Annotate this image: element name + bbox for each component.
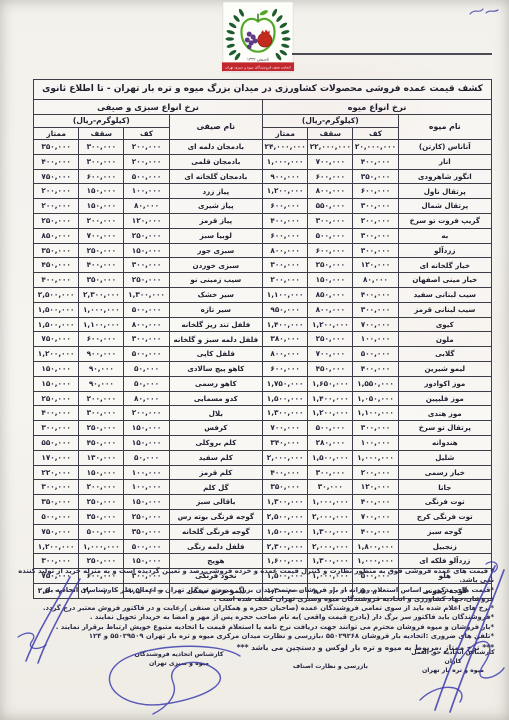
vegetable-premium-price: ۲,۵۰۰,۰۰۰: [34, 287, 79, 302]
price-row: خیار رسمی۲۰۰,۰۰۰۳۰۰,۰۰۰۴۰۰,۰۰۰کلم قرمز۱۰…: [34, 465, 492, 480]
fruit-premium-price: ۱,۰۰۰,۰۰۰: [263, 154, 308, 169]
vegetable-name: کاهو رسمی: [169, 376, 262, 391]
fruit-name: انار: [398, 154, 491, 169]
vegetable-name-column-header: نام صیفی: [169, 115, 262, 140]
vegetable-premium-price: ۷۵۰,۰۰۰: [34, 169, 79, 184]
vegetable-premium-price: ۱۷۰,۰۰۰: [34, 450, 79, 465]
vegetable-premium-price: ۲۰۰,۰۰۰: [34, 199, 79, 214]
vegetable-floor-price: ۵۰,۰۰۰: [124, 450, 169, 465]
vegetable-floor-price: ۱۰۰,۰۰۰: [124, 184, 169, 199]
vegetable-name: بادمجان گلخانه ای: [169, 169, 262, 184]
fruit-name: انگور شاهرودی: [398, 169, 491, 184]
vegetable-ceiling-price: ۳۰۰,۰۰۰: [79, 154, 124, 169]
fruit-floor-price: ۱,۰۵۰,۰۰۰: [353, 391, 398, 406]
vegetable-name: سیر تازه: [169, 302, 262, 317]
fruit-premium-price: ۱,۲۰۰,۰۰۰: [263, 184, 308, 199]
vegetable-ceiling-price: ۷۰۰,۰۰۰: [79, 228, 124, 243]
vegetable-premium-price: ۱۵۰,۰۰۰: [34, 376, 79, 391]
fruit-ceiling-price: ۱۵۰,۰۰۰: [308, 273, 353, 288]
fruit-ceiling-price: ۶۰۰,۰۰۰: [308, 243, 353, 258]
fruit-premium-price: ۴۰۰,۰۰۰: [263, 213, 308, 228]
vegetable-premium-price: ۱,۲۰۰,۰۰۰: [34, 347, 79, 362]
fruit-ceiling-price: ۷۰۰,۰۰۰: [308, 347, 353, 362]
price-row: انار۴۰۰,۰۰۰۷۰۰,۰۰۰۱,۰۰۰,۰۰۰بادمجان قلمی۲…: [34, 154, 492, 169]
fruit-premium-price: ۱,۷۵۰,۰۰۰: [263, 376, 308, 391]
fruit-premium-price: ۲,۵۰۰,۰۰۰: [263, 509, 308, 524]
fruit-premium-price: ۳۴۰,۰۰۰: [263, 435, 308, 450]
union-logo: تاسیس ۱۳۳۲ اتحادیه صنف فروشندگان میوه و …: [221, 2, 295, 78]
price-row: موز هندی۱,۱۰۰,۰۰۰۱,۲۰۰,۰۰۰۱,۳۰۰,۰۰۰بلال۲…: [34, 406, 492, 421]
vegetable-section-header: نرخ انواع سبزی و صیفی: [34, 100, 263, 115]
fruit-ceiling-price: ۳۰۰,۰۰۰: [308, 465, 353, 480]
fruit-ceiling-price: ۵۰۰,۰۰۰: [308, 421, 353, 436]
vegetable-premium-price: ۴۰۰,۰۰۰: [34, 406, 79, 421]
vegetable-ceiling-price: ۱,۰۰۰,۰۰۰: [79, 539, 124, 554]
vegetable-ceiling-price: ۵۰۰,۰۰۰: [79, 524, 124, 539]
price-row: موز اکوادور۱,۵۵۰,۰۰۰۱,۶۵۰,۰۰۰۱,۷۵۰,۰۰۰کا…: [34, 376, 492, 391]
fruit-premium-price: ۷۰۰,۰۰۰: [263, 421, 308, 436]
fruit-ceiling-price: ۳۰,۰۰۰: [308, 480, 353, 495]
price-row: گلابی۵۰۰,۰۰۰۷۰۰,۰۰۰۸۰۰,۰۰۰فلفل کاپی۵۰۰,۰…: [34, 347, 492, 362]
fruit-floor-price: ۱,۵۵۰,۰۰۰: [353, 376, 398, 391]
vegetable-name: پیاز قرمز: [169, 213, 262, 228]
vegetable-premium-price: ۳۵۰,۰۰۰: [34, 243, 79, 258]
price-row: توت فرنگی۴۰۰,۰۰۰۱,۰۰۰,۰۰۰۱,۳۰۰,۰۰۰باقالی…: [34, 495, 492, 510]
vegetable-ceiling-price: ۹۰,۰۰۰: [79, 361, 124, 376]
vegetable-floor-price: ۱۲۰,۰۰۰: [124, 213, 169, 228]
price-row: موز فلیپین۱,۰۵۰,۰۰۰۱,۴۰۰,۰۰۰۱,۵۰۰,۰۰۰کدو…: [34, 391, 492, 406]
fruit-name: زردآلو: [398, 243, 491, 258]
vegetable-ceiling-price: ۱,۰۰۰,۰۰۰: [79, 302, 124, 317]
fruit-unit-header: (کیلوگرم-ریال): [263, 115, 399, 128]
fruit-name: خیار رسمی: [398, 465, 491, 480]
fruit-premium-header: ممتاز: [263, 128, 308, 140]
header-rule: [292, 53, 492, 55]
fruit-premium-price: ۱,۳۰۰,۰۰۰: [263, 406, 308, 421]
vegetable-floor-price: ۱۰۰,۰۰۰: [124, 465, 169, 480]
fruit-ceiling-price: ۱,۴۰۰,۰۰۰: [308, 391, 353, 406]
vegetable-name: گل کلم: [169, 480, 262, 495]
fruit-name: سیب لبنانی سفید: [398, 287, 491, 302]
vegetable-ceiling-price: ۲۵۰,۰۰۰: [79, 421, 124, 436]
price-row: به۳۰۰,۰۰۰۵۰۰,۰۰۰۶۰۰,۰۰۰لوبیا سبز۲۵۰,۰۰۰۷…: [34, 228, 492, 243]
vegetable-ceiling-price: ۹۰,۰۰۰: [79, 376, 124, 391]
vegetable-ceiling-price: ۴۰۰,۰۰۰: [79, 258, 124, 273]
fruit-premium-price: ۳۵۰,۰۰۰: [263, 480, 308, 495]
vegetable-ceiling-price: ۹۰۰,۰۰۰: [79, 347, 124, 362]
fruit-name: موز اکوادور: [398, 376, 491, 391]
fruit-ceiling-price: ۱,۰۰۰,۰۰۰: [308, 495, 353, 510]
fruit-floor-price: ۸۰,۰۰۰: [353, 273, 398, 288]
fruit-ceiling-price: ۷۰۰,۰۰۰: [308, 154, 353, 169]
vegetable-premium-price: ۳۰۰,۰۰۰: [34, 421, 79, 436]
fruit-premium-price: ۳۸۰,۰۰۰: [263, 332, 308, 347]
vegetable-floor-price: ۵۰,۰۰۰: [124, 376, 169, 391]
signature-center-line1: بازرسی و نظارت اصناف: [283, 662, 378, 671]
fruit-name: به: [398, 228, 491, 243]
table-header: کشف قیمت عمده فروشی محصولات کشاورزی در م…: [34, 80, 492, 140]
price-row: آناناس (کارتن)۲۰,۰۰۰,۰۰۰۲۲,۰۰۰,۰۰۰۲۴,۰۰۰…: [34, 140, 492, 155]
vegetable-premium-price: ۴۵۰,۰۰۰: [34, 258, 79, 273]
fruit-floor-price: ۱,۱۰۰,۰۰۰: [353, 406, 398, 421]
vegetable-premium-price: ۲۵۰,۰۰۰: [34, 391, 79, 406]
vegetable-premium-price: ۳۵۰,۰۰۰: [34, 495, 79, 510]
fruit-floor-price: ۴۰۰,۰۰۰: [353, 495, 398, 510]
fruit-floor-price: ۵۰۰,۰۰۰: [353, 347, 398, 362]
fruit-name: گلابی: [398, 347, 491, 362]
vegetable-ceiling-price: ۴۵۰,۰۰۰: [79, 435, 124, 450]
vegetable-ceiling-price: ۶۰۰,۰۰۰: [79, 332, 124, 347]
vegetable-floor-price: ۸۰۰,۰۰۰: [124, 317, 169, 332]
price-row: پرتقال تو سرخ۳۰۰,۰۰۰۵۰۰,۰۰۰۷۰۰,۰۰۰کرفس۱۵…: [34, 421, 492, 436]
fruit-name: توت فرنگی کرج: [398, 509, 491, 524]
vegetable-name: کاهو پیچ سالادی: [169, 361, 262, 376]
vegetable-premium-price: ۳۰۰,۰۰۰: [34, 480, 79, 495]
price-row: گریپ فروت تو سرخ۲۰۰,۰۰۰۳۰۰,۰۰۰۴۰۰,۰۰۰پیا…: [34, 213, 492, 228]
vegetable-floor-price: ۲۵۰,۰۰۰: [124, 228, 169, 243]
fruit-ceiling-price: ۱,۳۰۰,۰۰۰: [308, 524, 353, 539]
vegetable-ceiling-price: ۱۵۰,۰۰۰: [79, 465, 124, 480]
vegetable-ceiling-price: ۲,۳۰۰,۰۰۰: [79, 287, 124, 302]
fruit-floor-price: ۳۰۰,۰۰۰: [353, 302, 398, 317]
vegetable-premium-price: ۵۵۰,۰۰۰: [34, 435, 79, 450]
fruit-ceiling-price: ۳۰۰,۰۰۰: [308, 213, 353, 228]
vegetable-premium-price: ۱۵۰,۰۰۰: [34, 361, 79, 376]
fruit-ceiling-price: ۲,۰۰۰,۰۰۰: [308, 539, 353, 554]
fruit-ceiling-price: ۱,۲۰۰,۰۰۰: [308, 317, 353, 332]
vegetable-name: فلفل کاپی: [169, 347, 262, 362]
fruit-floor-price: ۲۰۰,۰۰۰: [353, 213, 398, 228]
union-emblem-graphic: تاسیس ۱۳۳۲ اتحادیه صنف فروشندگان میوه و …: [221, 2, 295, 78]
vegetable-name: بادمجان دلمه ای: [169, 140, 262, 155]
fruit-name: لیمو شیرین: [398, 361, 491, 376]
scanned-price-list-page: تاسیس ۱۳۳۲ اتحادیه صنف فروشندگان میوه و …: [0, 0, 509, 720]
fruit-premium-price: ۲۰۰,۰۰۰: [263, 273, 308, 288]
vegetable-ceiling-price: ۳۰۰,۰۰۰: [79, 140, 124, 155]
vegetable-name: فلفل دلمه رنگی: [169, 539, 262, 554]
fruit-ceiling-header: سقف: [308, 128, 353, 140]
price-row: پرتقال ناول۶۰۰,۰۰۰۸۰۰,۰۰۰۱,۲۰۰,۰۰۰پیاز ز…: [34, 184, 492, 199]
vegetable-premium-price: ۷۵۰,۰۰۰: [34, 332, 79, 347]
vegetable-ceiling-price: ۶۰۰,۰۰۰: [79, 169, 124, 184]
vegetable-name: بادمجان قلمی: [169, 154, 262, 169]
fruit-ceiling-price: ۶۰۰,۰۰۰: [308, 169, 353, 184]
vegetable-floor-price: ۲۵۰,۰۰۰: [124, 509, 169, 524]
fruit-name: ملون: [398, 332, 491, 347]
price-row: ملون۱۰۰,۰۰۰۲۵۰,۰۰۰۳۸۰,۰۰۰فلفل دلمه سبز و…: [34, 332, 492, 347]
fruit-ceiling-price: ۸۵۰,۰۰۰: [308, 287, 353, 302]
vegetable-floor-price: ۸۰,۰۰۰: [124, 391, 169, 406]
fruit-premium-price: ۹۵۰,۰۰۰: [263, 302, 308, 317]
fruit-floor-price: ۳۰۰,۰۰۰: [353, 199, 398, 214]
fruit-premium-price: ۸۰۰,۰۰۰: [263, 347, 308, 362]
fruit-floor-price: ۴۰۰,۰۰۰: [353, 154, 398, 169]
fruit-premium-price: ۲,۳۰۰,۰۰۰: [263, 539, 308, 554]
fruit-floor-price: ۲۰,۰۰۰,۰۰۰: [353, 140, 398, 155]
fruit-ceiling-price: ۲۸۰,۰۰۰: [308, 435, 353, 450]
vegetable-premium-price: ۴۰۰,۰۰۰: [34, 273, 79, 288]
price-row: پرتقال شمال۳۰۰,۰۰۰۵۵۰,۰۰۰۶۰۰,۰۰۰پیاز شیر…: [34, 199, 492, 214]
vegetable-floor-price: ۱۵۰,۰۰۰: [124, 243, 169, 258]
fruit-floor-price: ۳۰۰,۰۰۰: [353, 421, 398, 436]
logo-background: [223, 2, 293, 72]
price-row: توت فرنگی کرج۷۰۰,۰۰۰۲,۰۰۰,۰۰۰۲,۵۰۰,۰۰۰گو…: [34, 509, 492, 524]
fruit-premium-price: ۶۰۰,۰۰۰: [263, 361, 308, 376]
vegetable-ceiling-price: ۲۵۰,۰۰۰: [79, 243, 124, 258]
vegetable-premium-price: ۲۲۰,۰۰۰: [34, 465, 79, 480]
vegetable-ceiling-price: ۲۰۰,۰۰۰: [79, 213, 124, 228]
price-row: زردآلو۳۰۰,۰۰۰۶۰۰,۰۰۰۸۰۰,۰۰۰سبزی جور۱۵۰,۰…: [34, 243, 492, 258]
fruit-ceiling-price: ۲۵۰,۰۰۰: [308, 258, 353, 273]
vegetable-floor-price: ۵۰,۰۰۰: [124, 361, 169, 376]
fruit-floor-price: ۷۰۰,۰۰۰: [353, 509, 398, 524]
fruit-premium-price: ۱,۳۰۰,۰۰۰: [263, 495, 308, 510]
table-body: آناناس (کارتن)۲۰,۰۰۰,۰۰۰۲۲,۰۰۰,۰۰۰۲۴,۰۰۰…: [34, 140, 492, 599]
vegetable-ceiling-price: ۲۰۰,۰۰۰: [79, 480, 124, 495]
vegetable-name: فلفل دلمه سبز و گلخانه: [169, 332, 262, 347]
logo-banner: اتحادیه صنف فروشندگان میوه و سبزی تهران: [222, 62, 294, 71]
vegetable-name: کدو مسمایی: [169, 391, 262, 406]
vegetable-premium-price: ۱,۲۰۰,۰۰۰: [34, 539, 79, 554]
fruit-name: خیار مینی اصفهان: [398, 273, 491, 288]
fruit-ceiling-price: ۲,۰۰۰,۰۰۰: [308, 509, 353, 524]
vegetable-ceiling-price: ۲۵۰,۰۰۰: [79, 495, 124, 510]
fruit-ceiling-price: ۱,۲۰۰,۰۰۰: [308, 406, 353, 421]
vegetable-ceiling-price: ۱۵۰,۰۰۰: [79, 184, 124, 199]
price-row: انگور شاهرودی۳۵۰,۰۰۰۶۰۰,۰۰۰۹۰۰,۰۰۰بادمجا…: [34, 169, 492, 184]
vegetable-name: سیب زمینی نو: [169, 273, 262, 288]
vegetable-name: کلم قرمز: [169, 465, 262, 480]
vegetable-premium-price: ۳۵۰,۰۰۰: [34, 140, 79, 155]
vegetable-premium-price: ۱,۵۰۰,۰۰۰: [34, 302, 79, 317]
fruit-name: پرتقال شمال: [398, 199, 491, 214]
vegetable-ceiling-price: ۳۰۰,۰۰۰: [79, 406, 124, 421]
fruit-premium-price: ۸۰۰,۰۰۰: [263, 243, 308, 258]
fruit-premium-price: ۹۰۰,۰۰۰: [263, 169, 308, 184]
fruit-name: گوجه سبز: [398, 524, 491, 539]
price-row: خیار مینی اصفهان۸۰,۰۰۰۱۵۰,۰۰۰۲۰۰,۰۰۰سیب …: [34, 273, 492, 288]
vegetable-name: پیاز شیری: [169, 199, 262, 214]
vegetable-ceiling-price: ۳۵۰,۰۰۰: [79, 509, 124, 524]
vegetable-ceiling-price: ۱۳۰,۰۰۰: [79, 450, 124, 465]
fruit-floor-price: ۴۰۰,۰۰۰: [353, 361, 398, 376]
document-title: کشف قیمت عمده فروشی محصولات کشاورزی در م…: [34, 80, 492, 100]
fruit-name: آناناس (کارتن): [398, 140, 491, 155]
fruit-ceiling-price: ۱,۵۰۰,۰۰۰: [308, 450, 353, 465]
fruit-name: پرتقال ناول: [398, 184, 491, 199]
fruit-name: موز هندی: [398, 406, 491, 421]
vegetable-premium-price: ۲۰۰,۰۰۰: [34, 184, 79, 199]
fruit-ceiling-price: ۸۰۰,۰۰۰: [308, 184, 353, 199]
fruit-name: جانا: [398, 480, 491, 495]
fruit-ceiling-price: ۴۵۰,۰۰۰: [308, 361, 353, 376]
vegetable-floor-header: کف: [124, 128, 169, 140]
red-ink-mark: [468, 4, 500, 18]
price-row: جانا۱۲۰,۰۰۰۳۰,۰۰۰۳۵۰,۰۰۰گل کلم۱۰۰,۰۰۰۲۰۰…: [34, 480, 492, 495]
fruit-ceiling-price: ۲۲,۰۰۰,۰۰۰: [308, 140, 353, 155]
fruit-ceiling-price: ۱,۶۵۰,۰۰۰: [308, 376, 353, 391]
fruit-premium-price: ۱,۱۰۰,۰۰۰: [263, 287, 308, 302]
vegetable-ceiling-header: سقف: [79, 128, 124, 140]
fruit-premium-price: ۱,۴۰۰,۰۰۰: [263, 317, 308, 332]
fruit-premium-price: ۲۴,۰۰۰,۰۰۰: [263, 140, 308, 155]
fruit-floor-price: ۶۰۰,۰۰۰: [353, 184, 398, 199]
fruit-name: توت فرنگی: [398, 495, 491, 510]
signature-scribble-right: [400, 560, 509, 718]
vegetable-premium-header: ممتاز: [34, 128, 79, 140]
price-table: کشف قیمت عمده فروشی محصولات کشاورزی در م…: [33, 79, 492, 599]
fruit-section-header: نرخ انواع میوه: [263, 100, 492, 115]
fruit-ceiling-price: ۲۵۰,۰۰۰: [308, 332, 353, 347]
signature-label-center: بازرسی و نظارت اصناف: [283, 662, 378, 671]
fruit-premium-price: ۲,۰۰۰,۰۰۰: [263, 450, 308, 465]
vegetable-ceiling-price: ۱۵۰,۰۰۰: [79, 199, 124, 214]
fruit-premium-price: ۶۰۰,۰۰۰: [263, 199, 308, 214]
vegetable-floor-price: ۳۰۰,۰۰۰: [124, 258, 169, 273]
fruit-name: هندوانه: [398, 435, 491, 450]
fruit-name: سیب لبنانی قرمز: [398, 302, 491, 317]
vegetable-name: گوجه فرنگی بوته رس: [169, 509, 262, 524]
fruit-name: موز فلیپین: [398, 391, 491, 406]
vegetable-name: باقالی سبز: [169, 495, 262, 510]
price-row: زنجبیل۱,۸۰۰,۰۰۰۲,۰۰۰,۰۰۰۲,۳۰۰,۰۰۰فلفل دل…: [34, 539, 492, 554]
vegetable-floor-price: ۱۰۰,۰۰۰: [124, 480, 169, 495]
vegetable-floor-price: ۲۰۰,۰۰۰: [124, 154, 169, 169]
fruit-ceiling-price: ۵۵۰,۰۰۰: [308, 199, 353, 214]
fruit-premium-price: ۳۰۰,۰۰۰: [263, 258, 308, 273]
fruit-ceiling-price: ۸۰۰,۰۰۰: [308, 302, 353, 317]
fruit-floor-price: ۲۰۰,۰۰۰: [353, 465, 398, 480]
vegetable-floor-price: ۲۰۰,۰۰۰: [124, 406, 169, 421]
fruit-floor-price: ۱۲۰,۰۰۰: [353, 258, 398, 273]
vegetable-floor-price: ۱۵۰,۰۰۰: [124, 495, 169, 510]
vegetable-floor-price: ۲۵۰,۰۰۰: [124, 273, 169, 288]
fruit-name: پرتقال تو سرخ: [398, 421, 491, 436]
fruit-floor-price: ۳۰۰,۰۰۰: [353, 228, 398, 243]
price-row: کیوی۷۰۰,۰۰۰۱,۲۰۰,۰۰۰۱,۴۰۰,۰۰۰فلفل تند ری…: [34, 317, 492, 332]
vegetable-floor-price: ۲۰۰,۰۰۰: [124, 140, 169, 155]
fruit-name: خیار گلخانه ای: [398, 258, 491, 273]
price-row: شلیل۱,۰۰۰,۰۰۰۱,۵۰۰,۰۰۰۲,۰۰۰,۰۰۰کلم سفید۵…: [34, 450, 492, 465]
logo-banner-text: اتحادیه صنف فروشندگان میوه و سبزی تهران: [225, 64, 290, 69]
vegetable-floor-price: ۱۵۰,۰۰۰: [124, 435, 169, 450]
vegetable-unit-header: (کیلوگرم-ریال): [34, 115, 170, 128]
vegetable-premium-price: ۱,۵۰۰,۰۰۰: [34, 317, 79, 332]
vegetable-name: کلم بروکلی: [169, 435, 262, 450]
price-row: خیار گلخانه ای۱۲۰,۰۰۰۲۵۰,۰۰۰۳۰۰,۰۰۰سبزی …: [34, 258, 492, 273]
vegetable-name: کلم سفید: [169, 450, 262, 465]
vegetable-floor-price: ۵۰۰,۰۰۰: [124, 169, 169, 184]
price-row: سیب لبنانی قرمز۳۰۰,۰۰۰۸۰۰,۰۰۰۹۵۰,۰۰۰سیر …: [34, 302, 492, 317]
fruit-name: گریپ فروت تو سرخ: [398, 213, 491, 228]
fruit-name: شلیل: [398, 450, 491, 465]
fruit-floor-price: ۷۰۰,۰۰۰: [353, 317, 398, 332]
fruit-floor-price: ۱۰۰,۰۰۰: [353, 435, 398, 450]
vegetable-name: سبزی خوردن: [169, 258, 262, 273]
vegetable-premium-price: ۵۰۰,۰۰۰: [34, 509, 79, 524]
vegetable-floor-price: ۵۰۰,۰۰۰: [124, 539, 169, 554]
price-row: لیمو شیرین۴۰۰,۰۰۰۴۵۰,۰۰۰۶۰۰,۰۰۰کاهو پیچ …: [34, 361, 492, 376]
vegetable-premium-price: ۴۰۰,۰۰۰: [34, 154, 79, 169]
fruit-name: زنجبیل: [398, 539, 491, 554]
vegetable-floor-price: ۸۰,۰۰۰: [124, 199, 169, 214]
fruit-premium-price: ۴۰۰,۰۰۰: [263, 465, 308, 480]
fruit-floor-price: ۳۰۰,۰۰۰: [353, 243, 398, 258]
vegetable-name: پیاز زرد: [169, 184, 262, 199]
fruit-premium-price: ۱,۵۰۰,۰۰۰: [263, 524, 308, 539]
vegetable-name: فلفل تند ریز گلخانه: [169, 317, 262, 332]
fruit-floor-price: ۳۵۰,۰۰۰: [353, 169, 398, 184]
price-row: سیب لبنانی سفید۴۰۰,۰۰۰۸۵۰,۰۰۰۱,۱۰۰,۰۰۰سی…: [34, 287, 492, 302]
vegetable-name: سیر خشک: [169, 287, 262, 302]
vegetable-floor-price: ۵۰۰,۰۰۰: [124, 302, 169, 317]
vegetable-name: کرفس: [169, 421, 262, 436]
vegetable-premium-price: ۲۵۰,۰۰۰: [34, 213, 79, 228]
fruit-floor-price: ۴۰۰,۰۰۰: [353, 524, 398, 539]
logo-established-text: تاسیس ۱۳۳۲: [247, 56, 269, 61]
fruit-floor-header: کف: [353, 128, 398, 140]
vegetable-floor-price: ۳۰۰,۰۰۰: [124, 332, 169, 347]
fruit-floor-price: ۱,۰۰۰,۰۰۰: [353, 450, 398, 465]
fruit-premium-price: ۱,۵۰۰,۰۰۰: [263, 391, 308, 406]
vegetable-name: سبزی جور: [169, 243, 262, 258]
vegetable-floor-price: ۳۵۰,۰۰۰: [124, 524, 169, 539]
vegetable-ceiling-price: ۱,۱۰۰,۰۰۰: [79, 317, 124, 332]
price-row: گوجه سبز۴۰۰,۰۰۰۱,۳۰۰,۰۰۰۱,۵۰۰,۰۰۰گوجه فر…: [34, 524, 492, 539]
fruit-name-column-header: نام میوه: [398, 115, 491, 140]
vegetable-floor-price: ۵۰۰,۰۰۰: [124, 347, 169, 362]
vegetable-premium-price: ۸۵۰,۰۰۰: [34, 228, 79, 243]
vegetable-name: گوجه فرنگی گلخانه: [169, 524, 262, 539]
vegetable-floor-price: ۱,۳۰۰,۰۰۰: [124, 287, 169, 302]
signature-scribble-oval: [95, 638, 255, 718]
fruit-premium-price: ۶۰۰,۰۰۰: [263, 228, 308, 243]
vegetable-premium-price: ۷۵۰,۰۰۰: [34, 524, 79, 539]
fruit-ceiling-price: ۵۰۰,۰۰۰: [308, 228, 353, 243]
price-row: هندوانه۱۰۰,۰۰۰۲۸۰,۰۰۰۳۴۰,۰۰۰کلم بروکلی۱۵…: [34, 435, 492, 450]
fruit-floor-price: ۱,۸۰۰,۰۰۰: [353, 539, 398, 554]
vegetable-floor-price: ۱۵۰,۰۰۰: [124, 421, 169, 436]
fruit-floor-price: ۱۲۰,۰۰۰: [353, 480, 398, 495]
fruit-name: کیوی: [398, 317, 491, 332]
fruit-floor-price: ۱۰۰,۰۰۰: [353, 332, 398, 347]
vegetable-name: بلال: [169, 406, 262, 421]
fruit-floor-price: ۴۰۰,۰۰۰: [353, 287, 398, 302]
vegetable-name: لوبیا سبز: [169, 228, 262, 243]
vegetable-ceiling-price: ۳۵۰,۰۰۰: [79, 273, 124, 288]
vegetable-ceiling-price: ۲۰۰,۰۰۰: [79, 391, 124, 406]
